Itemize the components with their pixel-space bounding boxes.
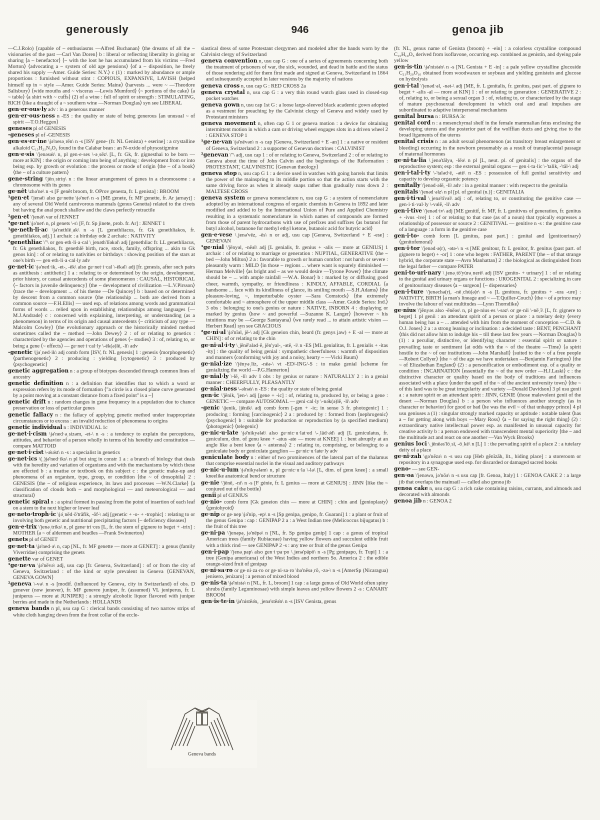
entry-headword: gen·er·ous·ness [8,113,55,119]
entry-headword: ¹ge·ne·va [8,562,35,568]
entry-continuation: (fr. NL, genus name of Genista (broom) +… [394,46,581,64]
dictionary-entry: ge·net·i·cism \jə'ned·əˌsizəm, -et-\ n -… [8,431,195,450]
entry-headword: genette [8,556,31,562]
dictionary-entry: ¹ge·neth·li·ac \jə'nethlēˌak\ n -s [L ge… [8,227,195,240]
entry-headword: ge·ni·al·i·ty [201,342,235,348]
entry-headword: geniculate body [201,455,249,461]
entry-continuation: siastical dress of some Protestant clerg… [201,46,388,58]
entry-headword: ²ge·ni·al [201,330,226,336]
dictionary-entry: gen·i·tor \'jenəd·ə(r), -ətə-\ n -s [ME … [394,246,581,271]
entry-headword: ge·nius [394,307,416,313]
entry-headword: geneses [8,126,32,132]
entry-headword: gen·is·tin [394,64,422,70]
entry-headword: gen·i·tal·i·ty [394,170,430,176]
dictionary-entry: gen·i·tal \'jenəd·əl, -nət-\ adj [ME, fr… [394,83,581,114]
dictionary-entry: genetic spiral n : a spiral formed in pa… [8,499,195,512]
dictionary-entry: gen·oa \'jenəwə, jə'nōə\ n -s usu cap [f… [394,473,581,486]
dictionary-entry: ge·nio- comb form [Gk geneion chin — mor… [201,499,388,512]
dictionary-entry: genoa cake n, usu cap G : a rich cake co… [394,485,581,498]
dictionary-entry: geneva system or geneva nomenclature n, … [201,195,388,232]
dictionary-entry: ge·ni·sa·ro or ge·ni·za·ro or ge·ni·sa·r… [201,567,388,580]
entry-headword: ge·nic·u·lum [201,467,239,473]
dictionary-entry: ¹ge·nial \'jēnyəl, -nēəl\ adj [L geniali… [201,245,388,330]
entry-headword: geni·to·uri·nary [394,270,441,276]
entry-headword: ¹ge·nial [201,245,224,251]
entry-headword: gen·er·ous·ly [8,106,47,112]
dictionary-entry: gen·i·tal·i·ty \-'taləd·ē, -ətē\ n -ES :… [394,170,581,183]
entry-headword: gen·i·to- [394,233,419,239]
entry-headword: gen·i·tor [394,246,420,252]
dictionary-entry: geneva crystal n, usu cap G : a very thi… [201,89,388,102]
illustration-caption: Geneva bands [172,751,233,757]
entry-headword: geneva movement [201,121,256,127]
dictionary-entry: gen·e·trix \'jenəˌtriks\ n, pl gene·tri·… [8,524,195,537]
entry-headword: -genic [201,405,220,411]
entry-headword: ¹ge·neth·li·ac [8,227,48,233]
dictionary-entry: genetic fallacy n : the fallacy of apply… [8,412,195,425]
entry-headword: ge·ni·pa [201,530,225,536]
entry-headword: geno- [394,466,411,472]
entry-headword: geneva convention [201,58,257,64]
dictionary-entry: genetic aggregation n : a group of bioty… [8,368,195,381]
entry-headword: genoa jib [394,498,422,504]
entry-headword: geneva cross [201,83,240,89]
entry-continuation: —C.J.Rolo) ⟨capable of ~ enthusiasms —Al… [8,46,195,106]
entry-headword: genii [201,492,216,498]
entry-headword: ge·nic·u·late [201,430,238,436]
dictionary-entry: ¹ge·ne·va \jə̇'nēvə\ adj, usu cap [fr. G… [8,562,195,581]
entry-headword: ¹gen·et [8,195,29,201]
entry-headword: ge·net·ta [8,543,35,549]
entry-headword: ge·nie [201,480,219,486]
entry-headword: ¹ge·ne·van [201,139,232,145]
dictionary-entry: -genetic \|jə̇ˌned·ik\ adj comb form [IS… [8,349,195,368]
entry-headword: gen·ic [201,393,219,399]
entry-headword: genets [8,537,28,543]
dictionary-entry: gen·e·vese \ˌjenə'vēz, -ēs\ n or adj, us… [201,232,388,245]
dictionary-entry: ge·nic·u·lum \jə̇'nikyələm\ n, pl ge·nic… [201,467,388,480]
entry-headword: genetic definition [8,381,63,387]
dictionary-entry: gene-string \'jēnˌstriŋ\ n : the linear … [8,176,195,189]
entry-headword: ge·ni·sa·ro [201,567,233,573]
entry-headword: ge·net·ic [8,264,34,270]
dictionary-entry: gen·es·er·ine \jə'nesəˌrēn\ n -s [ISV ge… [8,139,195,152]
entry-headword: geneva stop [201,170,237,176]
dictionary-entry: genetic drift n : random changes in gene… [8,399,195,412]
dictionary-entry: ge·ni·zah \gə'nēzə\ n -s usu cap [Heb gĕ… [394,454,581,467]
dictionary-entry: -genic \|jenik, |jēnik\ adj comb form [-… [201,405,388,430]
dictionary-entry: ge·nip or ge·nep \jə̇'nip, -ep\ n -s [Sp… [201,512,388,531]
entry-headword: genetic spiral [8,499,49,505]
dictionary-entry: gen·i·ture \'jenəchə(r), -nēˌchu̇(ə)r\ n… [394,289,581,308]
dictionary-entry: genital cord n : a mesenchymal shelf in … [394,120,581,139]
entry-headword: gen·i·pap [201,549,229,555]
dictionary-entry: genius loci \ˌjēnēəs'lōˌsī, -ōˌkē\ n [L]… [394,441,581,454]
entry-headword: gen·es·er·ine [8,139,47,145]
geneva-bands-illustration: Geneva bands [147,700,257,768]
dictionary-entry: ge·nis·ta \jə̇'nistə\ n [NL, fr. L, broo… [201,580,388,599]
geneva-bands-drawing [165,700,239,752]
dictionary-entry: gen·i·tive \'jenəd·iv\ adj [ME genitif, … [394,208,581,233]
entry-headword: ge·ni·ta·lia [394,157,426,163]
entry-headword: ge·ni·zah [394,454,421,460]
page-number: 946 [0,24,600,36]
entry-headword: genius loci [394,441,427,447]
entry-headword: gen·e·sis [8,151,34,157]
text-column-left: —C.J.Rolo) ⟨capable of ~ enthusiasms —Al… [8,46,195,770]
entry-headword: -genetic [8,349,33,355]
entry-headword: genetic drift [8,399,46,405]
page-header: generously 946 genoa jib [0,24,600,42]
dictionary-entry: genetic definition n : a definition that… [8,381,195,400]
dictionary-entry: ¹ge·ne·van \jə̇'nēvən\ n -s cap [Geneva,… [201,139,388,152]
dictionary-entry: ge·neto·troph·ic \jə̇ˌnēd·ō'träfik, -ōf-… [8,512,195,525]
entry-headword: ge·nial·ly [201,373,229,379]
dictionary-entry: ge·ni·al·i·ty \ˌjēnē'aləd·ē, jēn'yal-, -… [201,342,388,361]
dictionary-entry: gen·ic \'jēnik, 'jen-\ adj [gene + -ic] … [201,393,388,406]
dictionary-entry: gen·e·sis \'jenəsə̇s\ n, pl gen·e·ses \-… [8,151,195,176]
entry-headword: genital bursa [394,114,434,120]
dictionary-entry: ge·net·ta \jə'ned·ə\ n, cap [NL, fr. MF … [8,543,195,556]
entry-headword: genetic fallacy [8,412,53,418]
entry-headword: ge·net·i·cism [8,431,47,437]
entry-headword: ge·net·ics [8,456,37,462]
entry-headword: ³ge·net [8,220,29,226]
entry-headword: genitals [394,189,418,195]
entry-headword: gen·e·trix [8,524,37,530]
entry-headword: gen·oa [394,473,414,479]
entry-headword: ge·nip [201,512,220,518]
entry-headword: geneva system [201,195,245,201]
dictionary-entry: gen·is·te·in \jə̇'nistēə̇n, ˌjenə'stēə̇n… [201,599,388,606]
guide-word-right: genoa jib [452,24,504,36]
dictionary-entry: ²genevan \"\ adj, usu cap 1 : of or rela… [201,152,388,171]
dictionary-entry: geneva gown n, usu cap 1st G : a loose l… [201,102,388,121]
entry-headword: genitally [394,183,420,189]
entry-headword: ²genevan [201,152,228,158]
entry-headword: ge·net·i·cist [8,450,44,456]
entry-headword: geneva gown [201,102,240,108]
dictionary-entry: ge·nic·u·late \jə̇'nikyələ̇t\ also ge·ni… [201,430,388,455]
entry-headword: ge·neto·troph·ic [8,512,56,518]
dictionary-entry: ge·ni·ta·lia \ˌjenə'tālyə, -lēə\ n pl [L… [394,157,581,170]
entry-headword: gen·i·ture [394,289,424,295]
dictionary-entry: ge·ni·pa \'jenəpə, jə'nēpə\ n [NL, fr. S… [201,530,388,549]
entry-headword: geneva crystal [201,89,245,95]
dictionary-entry: gen·i·ti·val \ˌjenə'tīvəl\ adj : of, rel… [394,196,581,209]
entry-headword: gen·is·te·in [201,599,235,605]
dictionary-entry: genital crisis n : an adult sexual pheno… [394,139,581,158]
dictionary-entry: ge·nial·ly \-lē, -li\ adv 1 obs : by gen… [201,373,388,386]
entry-headword: ²genethliac [8,239,42,245]
dictionary-entry: ge·net·ic \jə'ned·ik, -et-, -ēk\ also ge… [8,264,195,349]
dictionary-entry: ¹gen·et \'jenə̇t\ also ge·nette \jə'net\… [8,195,195,214]
dictionary-entry: geneva bands n pl, usu cap G : clerical … [8,606,195,619]
dictionary-entry: ge·nie \'jēnē, -ni\ n -s [F génie, fr. L… [201,480,388,493]
entry-headword: ge·nial·ize [201,361,232,367]
entry-headword: -geneses [8,132,34,138]
dictionary-entry: geniculate body n : either of two promin… [201,455,388,468]
entry-headword: ge·nêt [8,189,27,195]
dictionary-entry: gen·er·ous·ness n -ES : the quality or s… [8,113,195,126]
dictionary-entry: ge·net·ics \(ˌ)jə̇'ned·iks\ n pl but sin… [8,456,195,499]
entry-headword: gene-string [8,176,43,182]
entry-headword: genetic aggregation [8,368,69,374]
dictionary-entry: genoa jib n : GENOA 2 [394,498,581,505]
dictionary-entry: ²genethliac \"\ or gen·eth·li·a·cal \ˌje… [8,239,195,264]
dictionary-entry: ge·nius \'jēnyəs also -ēnēəs\ n, pl ge·n… [394,307,581,441]
entry-headword: gen·i·tal [394,83,419,89]
dictionary-entry: geni·to·uri·nary \ˌjenəˌtō'yu̇rəˌnerē\ a… [394,270,581,289]
text-column-middle: siastical dress of some Protestant clerg… [201,46,388,770]
entry-headword: ge·nio- [201,499,222,505]
entry-headword: ²geneva [8,581,31,587]
entry-headword: genital cord [394,120,431,126]
dictionary-entry: gen·i·pap \'jenəˌpap\ also gen·i·pa·po \… [201,549,388,568]
dictionary-entry: geneva movement n, often cap G 1 or gene… [201,121,388,140]
text-column-right: (fr. NL, genus name of Genista (broom) +… [394,46,581,770]
entry-headword: genetic individual [8,424,62,430]
dictionary-entry: ²ge·ni·al \jə̇'nīəl, jē-\ adj [Gk geneio… [201,330,388,343]
entry-headword: geneva bands [8,606,49,612]
entry-headword: genital crisis [394,139,434,145]
dictionary-entry: geneva stop n, usu cap G 1 : a device us… [201,170,388,195]
dictionary-entry: ²geneva \-və\ n -s [modif. (influenced b… [8,581,195,606]
entry-headword: ²gen·et [8,214,29,220]
entry-headword: gen·e·vese [201,232,232,238]
dictionary-entry: gen·i·to- comb form [L genitus, past par… [394,233,581,246]
dictionary-entry: gen·is·tin \jə̇'nistə̇n\ n -s [NL Genist… [394,64,581,83]
entry-headword: gen·i·ti·val [394,196,426,202]
entry-headword: gen·i·tive [394,208,422,214]
dictionary-entry: ge·nial·ize \'jēnyəˌlīz, -nēə-\ vt -ED/-… [201,361,388,374]
entry-headword: ge·nis·ta [201,580,227,586]
dictionary-entry: geneva convention n, usu cap G : one of … [201,58,388,83]
entry-headword: genoa cake [394,485,428,491]
dictionary-page: generously 946 genoa jib —C.J.Rolo) ⟨cap… [0,0,600,820]
entry-headword: ge·nial·ness [201,386,237,392]
